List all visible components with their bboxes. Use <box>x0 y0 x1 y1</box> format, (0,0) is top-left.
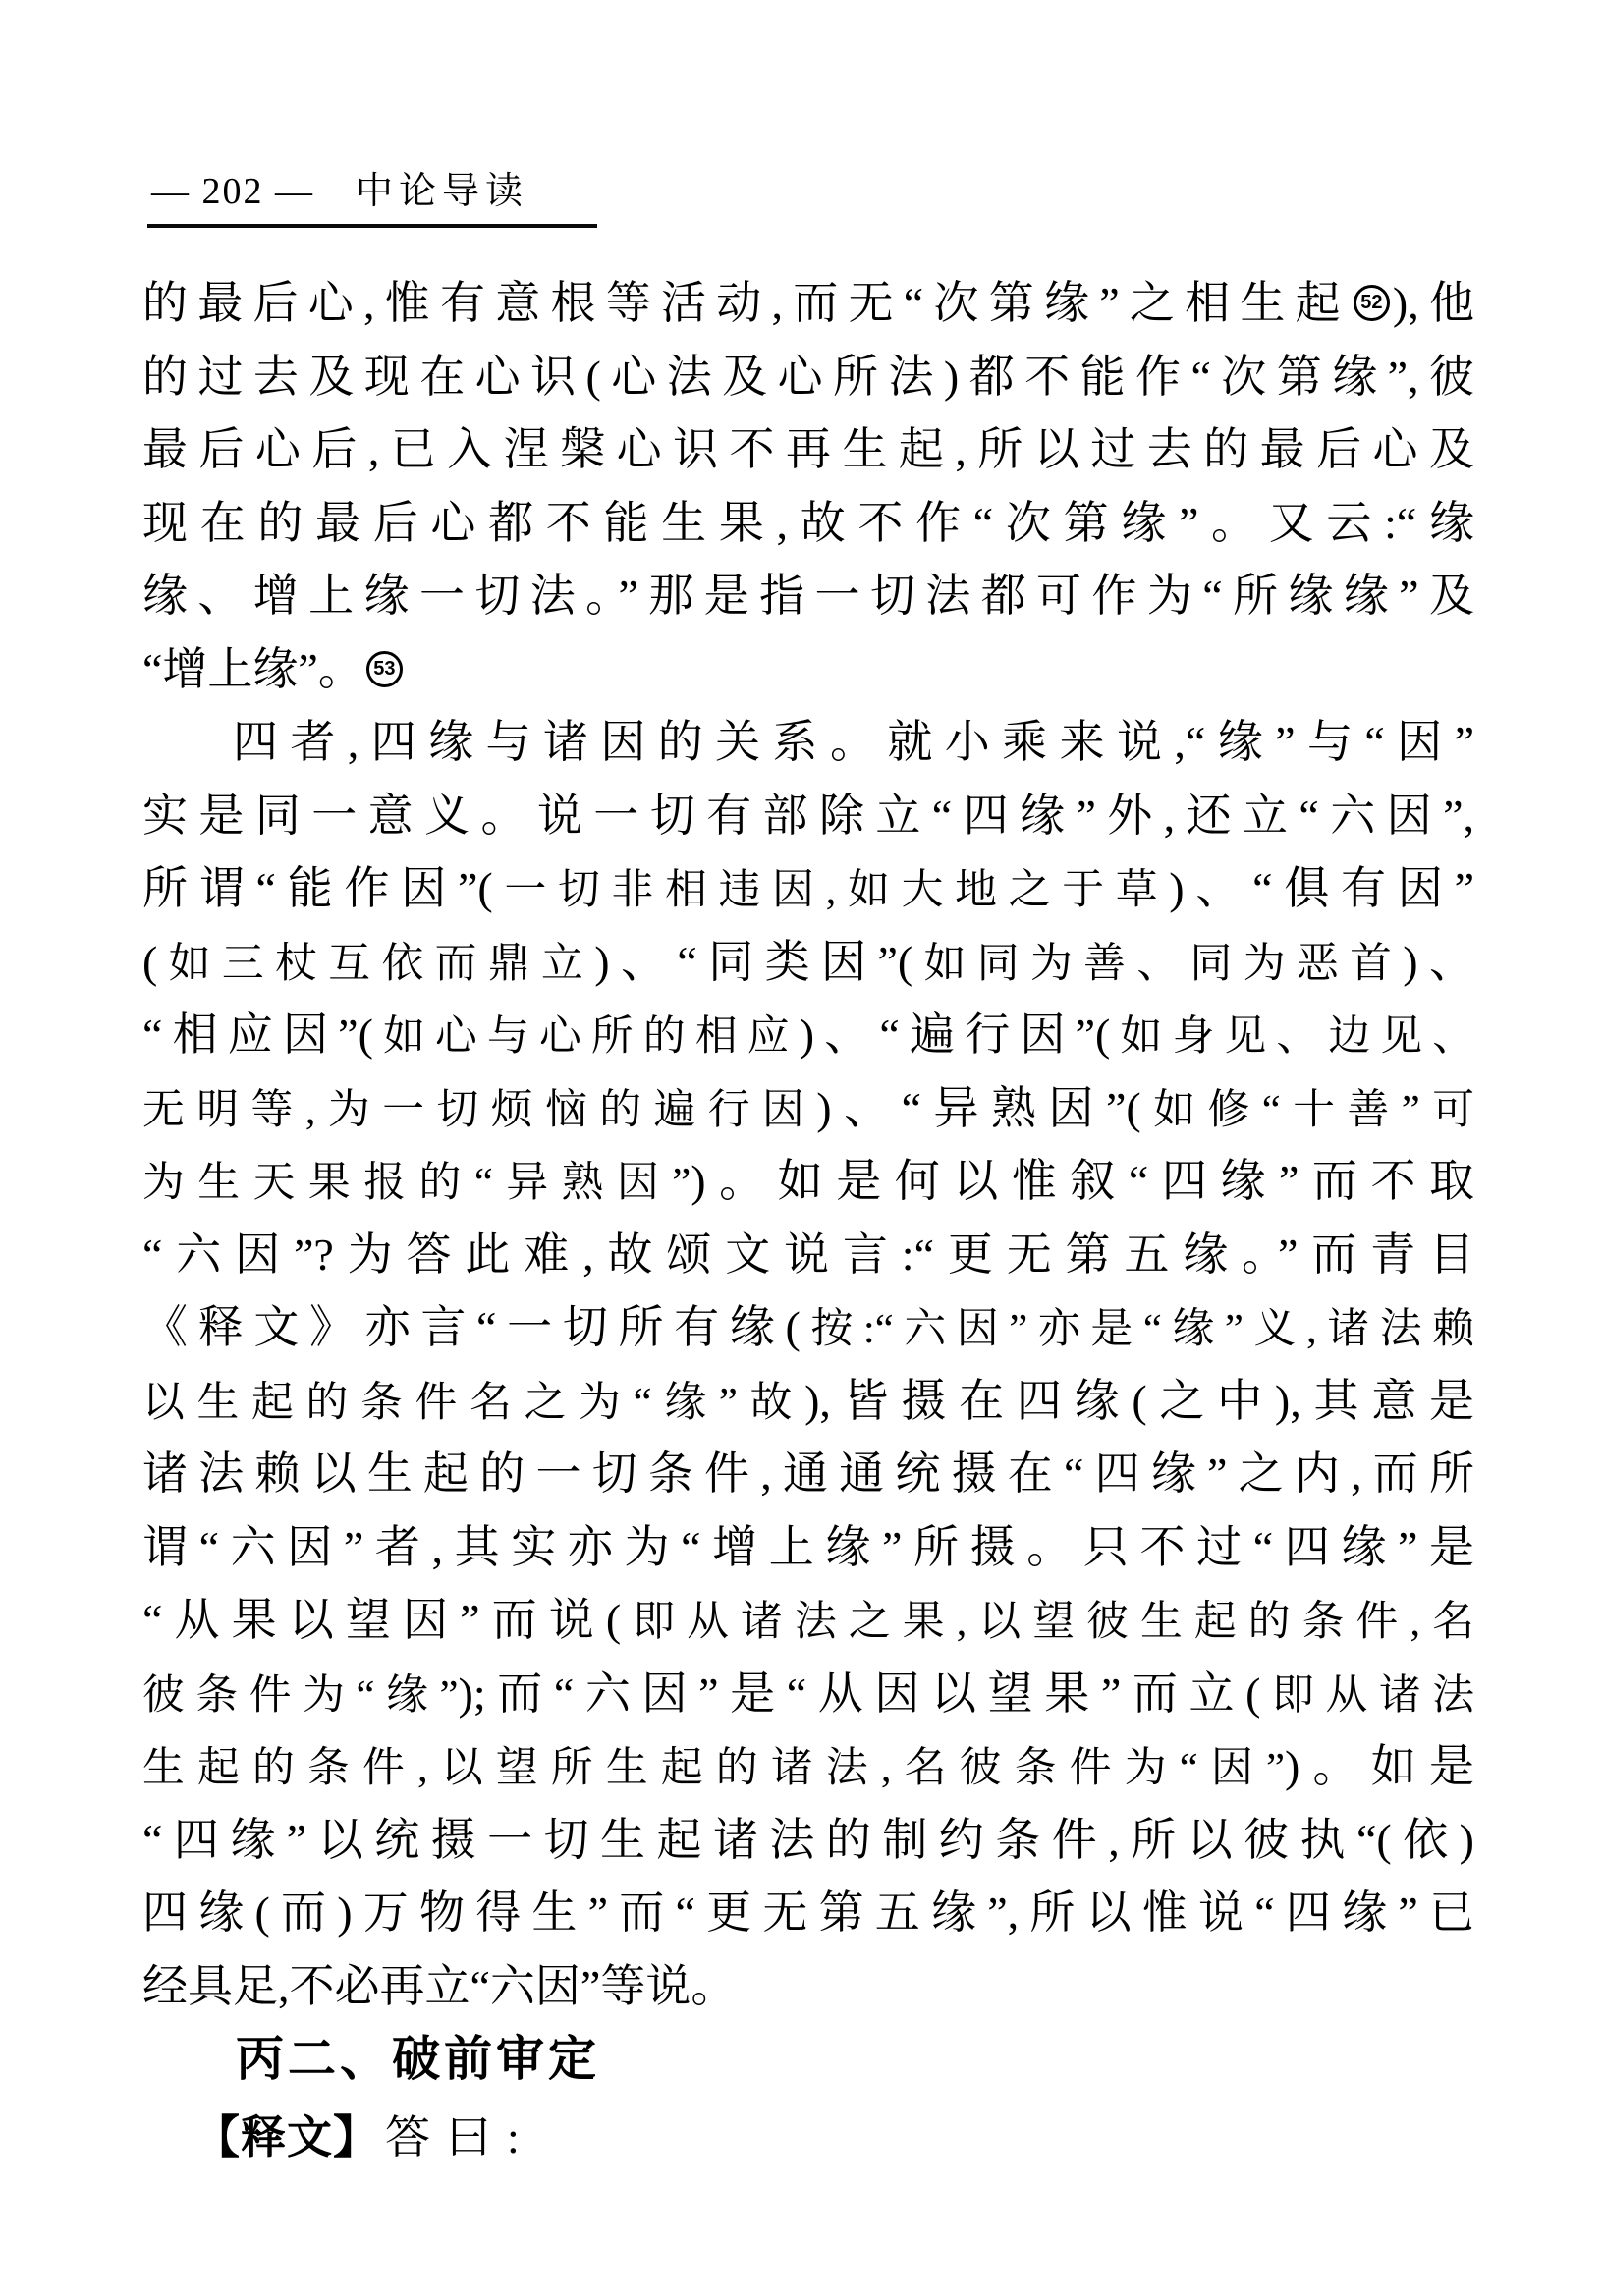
text-line: “从果以望因”而说(即从诸法之果,以望彼生起的条件,名 <box>142 1584 1474 1658</box>
text-segment: 谓“六因”者,其实亦为“增上缘”所摄。只不过“四缘”是 <box>142 1522 1474 1572</box>
text-line: 现在的最后心都不能生果,故不作“次第缘”。又云:“缘 <box>142 487 1474 561</box>
book-page: — 202 —中论导读 的最后心,惟有意根等活动,而无“次第缘”之相生起52),… <box>0 0 1603 2296</box>
text-segment: 的过去及现在心识(心法及心所法)都不能作“次第缘”,彼 <box>142 352 1474 402</box>
text-segment: 如修“十善”可 <box>1141 1087 1474 1133</box>
text-line: 实是同一意义。说一切有部除立“四缘”外,还立“六因”, <box>142 780 1474 853</box>
text-line: 诸法赖以生起的一切条件,通通统摄在“四缘”之内,而所 <box>142 1438 1474 1511</box>
text-line: 生起的条件,以望所生起的诸法,名彼条件为“因”)。如是 <box>142 1730 1474 1804</box>
text-segment: “从果以望因”而说( <box>142 1595 621 1645</box>
text-line: 彼条件为“缘”);而“六因”是“从因以望果”而立(即从诸法 <box>142 1658 1474 1731</box>
text-line: 经具足,不必再立“六因”等说。 <box>142 1950 1474 2024</box>
body-text-block: 的最后心,惟有意根等活动,而无“次第缘”之相生起52),他的过去及现在心识(心法… <box>142 267 1474 2023</box>
text-segment: ( <box>142 937 157 987</box>
annotation-text: 答曰: <box>385 2112 535 2162</box>
text-segment: “四缘”以统摄一切生起诸法的制约条件,所以彼执“(依) <box>142 1815 1474 1865</box>
text-line: 以生起的条件名之为“缘”故),皆摄在四缘(之中),其意是 <box>142 1365 1474 1439</box>
text-segment: 无明等,为一切烦恼的遍行因 <box>142 1087 816 1133</box>
text-segment: )、“同类因”( <box>594 937 912 987</box>
footnote-marker-53: 53 <box>366 651 403 687</box>
text-segment: 如同为善、同为恶首 <box>912 941 1403 987</box>
text-segment: 实是同一意义。说一切有部除立“四缘”外,还立“六因”, <box>142 791 1474 841</box>
book-title: 中论导读 <box>356 171 528 212</box>
text-line: 所谓“能作因”(一切非相违因,如大地之于草)、“俱有因” <box>142 852 1474 926</box>
text-segment: 即从诸法 <box>1260 1672 1474 1719</box>
text-line: “四缘”以统摄一切生起诸法的制约条件,所以彼执“(依) <box>142 1804 1474 1878</box>
running-header: — 202 —中论导读 <box>147 160 597 228</box>
text-segment: 一切非相违因,如大地之于草 <box>493 867 1170 913</box>
text-segment: )、“俱有因” <box>1169 863 1474 913</box>
footnote-marker-52: 52 <box>1354 285 1390 321</box>
text-segment: 现在的最后心都不能生果,故不作“次第缘”。又云:“缘 <box>142 498 1474 548</box>
text-line: 《释文》亦言“一切所有缘(按:“六因”亦是“缘”义,诸法赖 <box>142 1291 1474 1365</box>
page-number-marker: — 202 — <box>151 171 314 212</box>
text-segment: 的最后心,惟有意根等活动,而无“次第缘”之相生起 <box>142 278 1351 328</box>
text-segment: 四者,四缘与诸因的关系。就小乘来说,“缘”与“因” <box>233 717 1474 767</box>
text-segment: 诸法赖以生起的一切条件,通通统摄在“四缘”之内,而所 <box>142 1449 1474 1499</box>
text-segment: )、 <box>1403 937 1474 987</box>
text-segment: 如三杖互依而鼎立 <box>157 941 594 987</box>
text-line: 最后心后,已入涅槃心识不再生起,所以过去的最后心及 <box>142 413 1474 487</box>
text-segment: 经具足,不必再立“六因”等说。 <box>142 1961 736 2011</box>
text-segment: ),皆摄在四缘(之中),其意是 <box>804 1376 1474 1426</box>
text-segment: “六因”?为答此难,故颂文说言:“更无第五缘。”而青目 <box>142 1230 1474 1280</box>
text-segment: 按:“六因”亦是“缘”义,诸法赖 <box>801 1306 1474 1352</box>
text-segment: 如身见、边见、 <box>1110 1013 1474 1060</box>
annotation-line: 【释文】答曰: <box>194 2102 535 2166</box>
text-segment: )、“遍行因”( <box>800 1010 1111 1060</box>
text-line: 缘、增上缘一切法。”那是指一切法都可作为“所缘缘”及 <box>142 560 1474 633</box>
text-segment: )。如是 <box>1285 1741 1474 1791</box>
text-line: (如三杖互依而鼎立)、“同类因”(如同为善、同为恶首)、 <box>142 926 1474 1000</box>
text-segment: “相应因”( <box>142 1010 373 1060</box>
text-segment: “增上缘”。 <box>142 644 363 694</box>
text-segment: ),他 <box>1393 278 1474 328</box>
text-segment: 为生天果报的“异熟因” <box>142 1160 691 1206</box>
text-segment: )。如是何以惟叙“四缘”而不取 <box>691 1156 1474 1206</box>
text-segment: 四缘(而)万物得生”而“更无第五缘”,所以惟说“四缘”已 <box>142 1887 1474 1938</box>
text-line: 为生天果报的“异熟因”)。如是何以惟叙“四缘”而不取 <box>142 1145 1474 1219</box>
text-segment: 如心与心所的相应 <box>373 1013 800 1060</box>
text-segment: )、“异熟因”( <box>816 1083 1140 1133</box>
text-segment: 以生起的条件名之为“缘”故 <box>142 1380 804 1426</box>
text-line: 四者,四缘与诸因的关系。就小乘来说,“缘”与“因” <box>142 706 1474 780</box>
annotation-bracket-label: 【释文】 <box>194 2111 379 2162</box>
text-line: “六因”?为答此难,故颂文说言:“更无第五缘。”而青目 <box>142 1219 1474 1292</box>
text-segment: 生起的条件,以望所生起的诸法,名彼条件为“因” <box>142 1745 1285 1791</box>
text-line: “相应因”(如心与心所的相应)、“遍行因”(如身见、边见、 <box>142 999 1474 1072</box>
text-line: 四缘(而)万物得生”而“更无第五缘”,所以惟说“四缘”已 <box>142 1877 1474 1950</box>
text-segment: 即从诸法之果,以望彼生起的条件,名 <box>621 1599 1474 1645</box>
text-line: 谓“六因”者,其实亦为“增上缘”所摄。只不过“四缘”是 <box>142 1511 1474 1585</box>
text-line: 的最后心,惟有意根等活动,而无“次第缘”之相生起52),他 <box>142 267 1474 341</box>
text-segment: 《释文》亦言“一切所有缘( <box>142 1302 801 1352</box>
text-segment: 所谓“能作因”( <box>142 863 493 913</box>
text-line: 无明等,为一切烦恼的遍行因)、“异熟因”(如修“十善”可 <box>142 1072 1474 1146</box>
text-segment: 最后心后,已入涅槃心识不再生起,所以过去的最后心及 <box>142 424 1474 474</box>
section-heading: 丙二、破前审定 <box>236 2021 600 2090</box>
text-segment: );而“六因”是“从因以望果”而立( <box>459 1668 1261 1719</box>
text-segment: 彼条件为“缘” <box>142 1672 459 1719</box>
text-line: “增上缘”。53 <box>142 633 1474 707</box>
text-line: 的过去及现在心识(心法及心所法)都不能作“次第缘”,彼 <box>142 341 1474 414</box>
text-segment: 缘、增上缘一切法。”那是指一切法都可作为“所缘缘”及 <box>142 571 1474 621</box>
